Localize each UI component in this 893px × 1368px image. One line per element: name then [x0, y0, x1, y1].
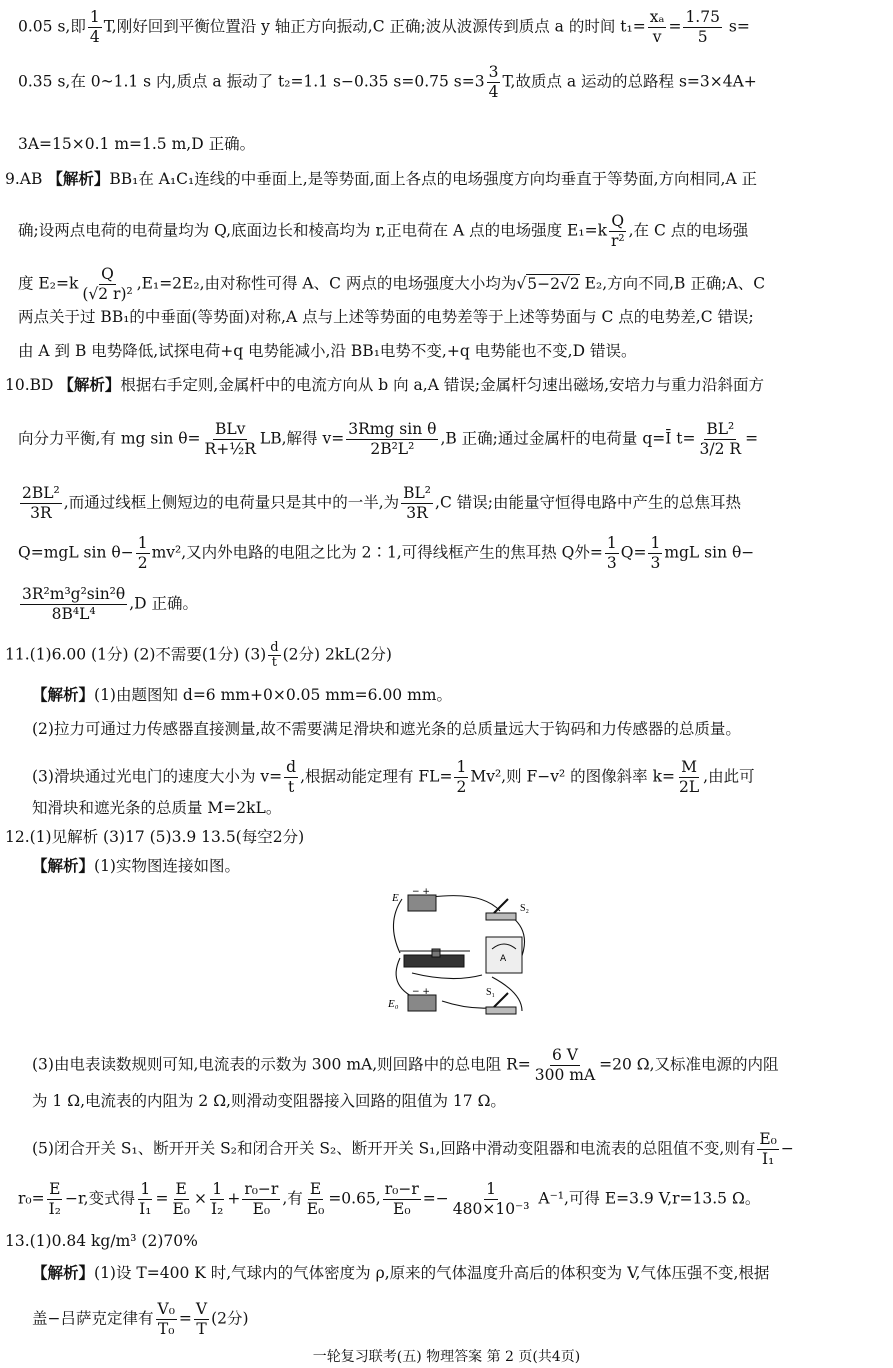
- text: 根据右手定则,金属杆中的电流方向从 b 向 a,A 错误;金属杆匀速出磁场,安培…: [120, 376, 764, 394]
- text: (1)设 T=400 K 时,气球内的气体密度为 ρ,原来的气体温度升高后的体积…: [94, 1264, 769, 1282]
- text: (5)闭合开关 S₁、断开开关 S₂和闭合开关 S₂、断开开关 S₁,回路中滑动…: [32, 1140, 755, 1158]
- text: ,而通过线框上侧短边的电荷量只是其中的一半,为: [64, 494, 399, 512]
- q11-analysis-1: 【解析】(1)由题图知 d=6 mm+0×0.05 mm=6.00 mm。: [32, 684, 452, 706]
- text: 向分力平衡,有 mg sin θ=: [18, 430, 201, 448]
- sqrt: 5−2√2: [526, 274, 579, 293]
- q8-line-3: 3A=15×0.1 m=1.5 m,D 正确。: [18, 133, 255, 155]
- text: (1)由题图知 d=6 mm+0×0.05 mm=6.00 mm。: [94, 686, 452, 704]
- svg-text:S₂: S₂: [520, 903, 529, 914]
- svg-text:E: E: [391, 892, 399, 904]
- fraction: 14: [88, 8, 102, 47]
- svg-text:E₀: E₀: [387, 998, 399, 1010]
- q10-line-2: 向分力平衡,有 mg sin θ=BLvR+½RLB,解得 v=3Rmg sin…: [18, 420, 758, 459]
- text: +: [227, 1190, 240, 1208]
- svg-text:A: A: [500, 954, 507, 964]
- text: 0.05 s,即: [18, 18, 86, 36]
- text: s=: [729, 18, 750, 36]
- q11-analysis-4: 知滑块和遮光条的总质量 M=2kL。: [32, 797, 281, 819]
- text: LB,解得 v=: [260, 430, 344, 448]
- text: mv²,又内外电路的电阻之比为 2∶1,可得线框产生的焦耳热 Q外=: [152, 544, 603, 562]
- svg-text:− +: − +: [412, 987, 430, 997]
- q11-answers: 11.(1)6.00 (1分) (2)不需要(1分) (3)dt(2分) 2kL…: [5, 641, 392, 670]
- fraction: 13: [648, 534, 662, 573]
- fraction: 13: [605, 534, 619, 573]
- analysis-tag: 【解析】: [58, 375, 120, 394]
- q12-analysis-6: r₀=EI₂−r,变式得1I₁=EE₀×1I₂+r₀−rE₀,有EE₀=0.65…: [18, 1180, 760, 1219]
- text: (1)实物图连接如图。: [94, 857, 240, 875]
- text: =: [745, 430, 758, 448]
- fraction: r₀−rE₀: [383, 1180, 421, 1219]
- q10-line-1: 10.BD 【解析】根据右手定则,金属杆中的电流方向从 b 向 a,A 错误;金…: [5, 374, 764, 396]
- text: =0.65,: [328, 1190, 380, 1208]
- q12-analysis-1: 【解析】(1)实物图连接如图。: [32, 855, 240, 877]
- fraction: M2L: [677, 758, 701, 797]
- fraction: 34: [487, 63, 501, 102]
- text: E₂,方向不同,B 正确;A、C: [580, 275, 765, 293]
- text: =−: [423, 1190, 449, 1208]
- text: ,D 正确。: [129, 595, 198, 613]
- q10-line-5: 3R²m³g²sin²θ8B⁴L⁴,D 正确。: [18, 585, 198, 624]
- fraction: 1.755: [683, 8, 722, 47]
- fraction: EE₀: [170, 1180, 192, 1219]
- fraction: r₀−rE₀: [242, 1180, 280, 1219]
- answer-label: 9.AB: [5, 170, 42, 188]
- q8-line-2: 0.35 s,在 0~1.1 s 内,质点 a 振动了 t₂=1.1 s−0.3…: [18, 63, 757, 102]
- text: mgL sin θ−: [664, 544, 754, 562]
- text: r₀=: [18, 1190, 45, 1208]
- text: 确;设两点电荷的电荷量均为 Q,底面边长和棱高均为 r,正电荷在 A 点的电场强…: [18, 222, 607, 240]
- text: ,有: [282, 1190, 302, 1208]
- text: =20 Ω,又标准电源的内阻: [599, 1056, 778, 1074]
- q9-line-4: 两点关于过 BB₁的中垂面(等势面)对称,A 点与上述等势面的电势差等于上述等势…: [18, 306, 754, 328]
- analysis-tag: 【解析】: [32, 856, 94, 875]
- q10-line-4: Q=mgL sin θ−12mv²,又内外电路的电阻之比为 2∶1,可得线框产生…: [18, 534, 754, 573]
- fraction: 12: [454, 758, 468, 797]
- fraction: 1I₂: [209, 1180, 225, 1219]
- answer-label: 10.BD: [5, 376, 53, 394]
- fraction: E₀I₁: [757, 1130, 779, 1169]
- q11-analysis-3: (3)滑块通过光电门的速度大小为 v=dt,根据动能定理有 FL=12Mv²,则…: [32, 758, 755, 797]
- text: ,C 错误;由能量守恒得电路中产生的总焦耳热: [435, 494, 741, 512]
- fraction: BL²3R: [401, 484, 433, 523]
- fraction: V₀T₀: [156, 1300, 177, 1339]
- text: (2分) 2kL(2分): [283, 646, 392, 664]
- text: 11.(1)6.00 (1分) (2)不需要(1分) (3): [5, 646, 266, 664]
- text: ,由此可: [703, 768, 754, 786]
- text: (3)由电表读数规则可知,电流表的示数为 300 mA,则回路中的总电阻 R=: [32, 1056, 531, 1074]
- q12-analysis-5: (5)闭合开关 S₁、断开开关 S₂和闭合开关 S₂、断开开关 S₁,回路中滑动…: [32, 1130, 794, 1169]
- fraction: xₐv: [648, 8, 667, 47]
- text: BB₁在 A₁C₁连线的中垂面上,是等势面,面上各点的电场强度方向均垂直于等势面…: [109, 170, 757, 188]
- fraction: dt: [284, 758, 298, 797]
- q9-line-1: 9.AB 【解析】BB₁在 A₁C₁连线的中垂面上,是等势面,面上各点的电场强度…: [5, 168, 757, 190]
- svg-text:S₁: S₁: [486, 987, 495, 998]
- battery-e0-icon: − + E₀: [387, 987, 436, 1011]
- fraction: 12: [136, 534, 150, 573]
- analysis-tag: 【解析】: [32, 685, 94, 704]
- text: T,故质点 a 运动的总路程 s=3×4A+: [502, 73, 756, 91]
- text: ×: [194, 1190, 207, 1208]
- text: ,根据动能定理有 FL=: [300, 768, 452, 786]
- q9-line-3: 度 E₂=kQ(√2 r)²,E₁=2E₂,由对称性可得 A、C 两点的电场强度…: [18, 265, 765, 304]
- fraction: 3R²m³g²sin²θ8B⁴L⁴: [20, 585, 127, 624]
- fraction: Qr²: [609, 212, 627, 251]
- analysis-tag: 【解析】: [47, 169, 109, 188]
- q8-line-1: 0.05 s,即14T,刚好回到平衡位置沿 y 轴正方向振动,C 正确;波从波源…: [18, 8, 750, 47]
- fraction: BLvR+½R: [203, 420, 258, 459]
- text: ,在 C 点的电场强: [629, 222, 749, 240]
- q12-analysis-4: 为 1 Ω,电流表的内阻为 2 Ω,则滑动变阻器接入回路的阻值为 17 Ω。: [32, 1090, 506, 1112]
- q13-analysis-1: 【解析】(1)设 T=400 K 时,气球内的气体密度为 ρ,原来的气体温度升高…: [32, 1262, 769, 1284]
- q10-line-3: 2BL²3R,而通过线框上侧短边的电荷量只是其中的一半,为BL²3R,C 错误;…: [18, 484, 741, 523]
- text: (3)滑块通过光电门的速度大小为 v=: [32, 768, 282, 786]
- q13-analysis-2: 盖−吕萨克定律有V₀T₀=VT(2分): [32, 1300, 249, 1339]
- text: ,E₁=2E₂,由对称性可得 A、C 两点的电场强度大小均为: [137, 275, 517, 293]
- fraction: VT: [194, 1300, 209, 1339]
- text: ,B 正确;通过金属杆的电荷量 q=Ī t=: [440, 430, 695, 448]
- text: T,刚好回到平衡位置沿 y 轴正方向振动,C 正确;波从波源传到质点 a 的时间…: [104, 18, 646, 36]
- q9-line-5: 由 A 到 B 电势降低,试探电荷+q 电势能减小,沿 BB₁电势不变,+q 电…: [18, 340, 636, 362]
- text: 0.35 s,在 0~1.1 s 内,质点 a 振动了 t₂=1.1 s−0.3…: [18, 73, 485, 91]
- text: 度 E₂=k: [18, 275, 78, 293]
- fraction: dt: [268, 641, 280, 670]
- ammeter-icon: A: [486, 937, 522, 973]
- fraction: Q(√2 r)²: [80, 265, 134, 304]
- text: (2分): [211, 1310, 248, 1328]
- text: Q=: [621, 544, 647, 562]
- text: Q=mgL sin θ−: [18, 544, 134, 562]
- text: −r,变式得: [65, 1190, 135, 1208]
- fraction: BL²3/2 R: [698, 420, 744, 459]
- analysis-tag: 【解析】: [32, 1263, 94, 1282]
- fraction: 1I₁: [137, 1180, 153, 1219]
- fraction: 3Rmg sin θ2B²L²: [346, 420, 438, 459]
- text: A⁻¹,可得 E=3.9 V,r=13.5 Ω。: [533, 1190, 760, 1208]
- fraction: 6 V300 mA: [533, 1046, 597, 1085]
- page-footer: 一轮复习联考(五) 物理答案 第 2 页(共4页): [0, 1346, 893, 1366]
- svg-text:− +: − +: [412, 887, 430, 897]
- circuit-diagram-figure: − + E S₂ A − + E₀ S₁: [382, 883, 532, 1023]
- switch-s2-icon: S₂: [486, 899, 529, 920]
- q9-line-2: 确;设两点电荷的电荷量均为 Q,底面边长和棱高均为 r,正电荷在 A 点的电场强…: [18, 212, 748, 251]
- rheostat-icon: [400, 949, 470, 967]
- fraction: EE₀: [305, 1180, 327, 1219]
- fraction: 1480×10⁻³: [451, 1180, 532, 1219]
- fraction: EI₂: [47, 1180, 63, 1219]
- fraction: 2BL²3R: [20, 484, 62, 523]
- q12-answers: 12.(1)见解析 (3)17 (5)3.9 13.5(每空2分): [5, 826, 304, 848]
- text: Mv²,则 F−v² 的图像斜率 k=: [470, 768, 675, 786]
- q12-analysis-3: (3)由电表读数规则可知,电流表的示数为 300 mA,则回路中的总电阻 R=6…: [32, 1046, 779, 1085]
- q11-analysis-2: (2)拉力可通过力传感器直接测量,故不需要满足滑块和遮光条的总质量远大于钩码和力…: [32, 718, 741, 740]
- text: −: [781, 1140, 794, 1158]
- text: 盖−吕萨克定律有: [32, 1310, 154, 1328]
- q13-answers: 13.(1)0.84 kg/m³ (2)70%: [5, 1230, 198, 1252]
